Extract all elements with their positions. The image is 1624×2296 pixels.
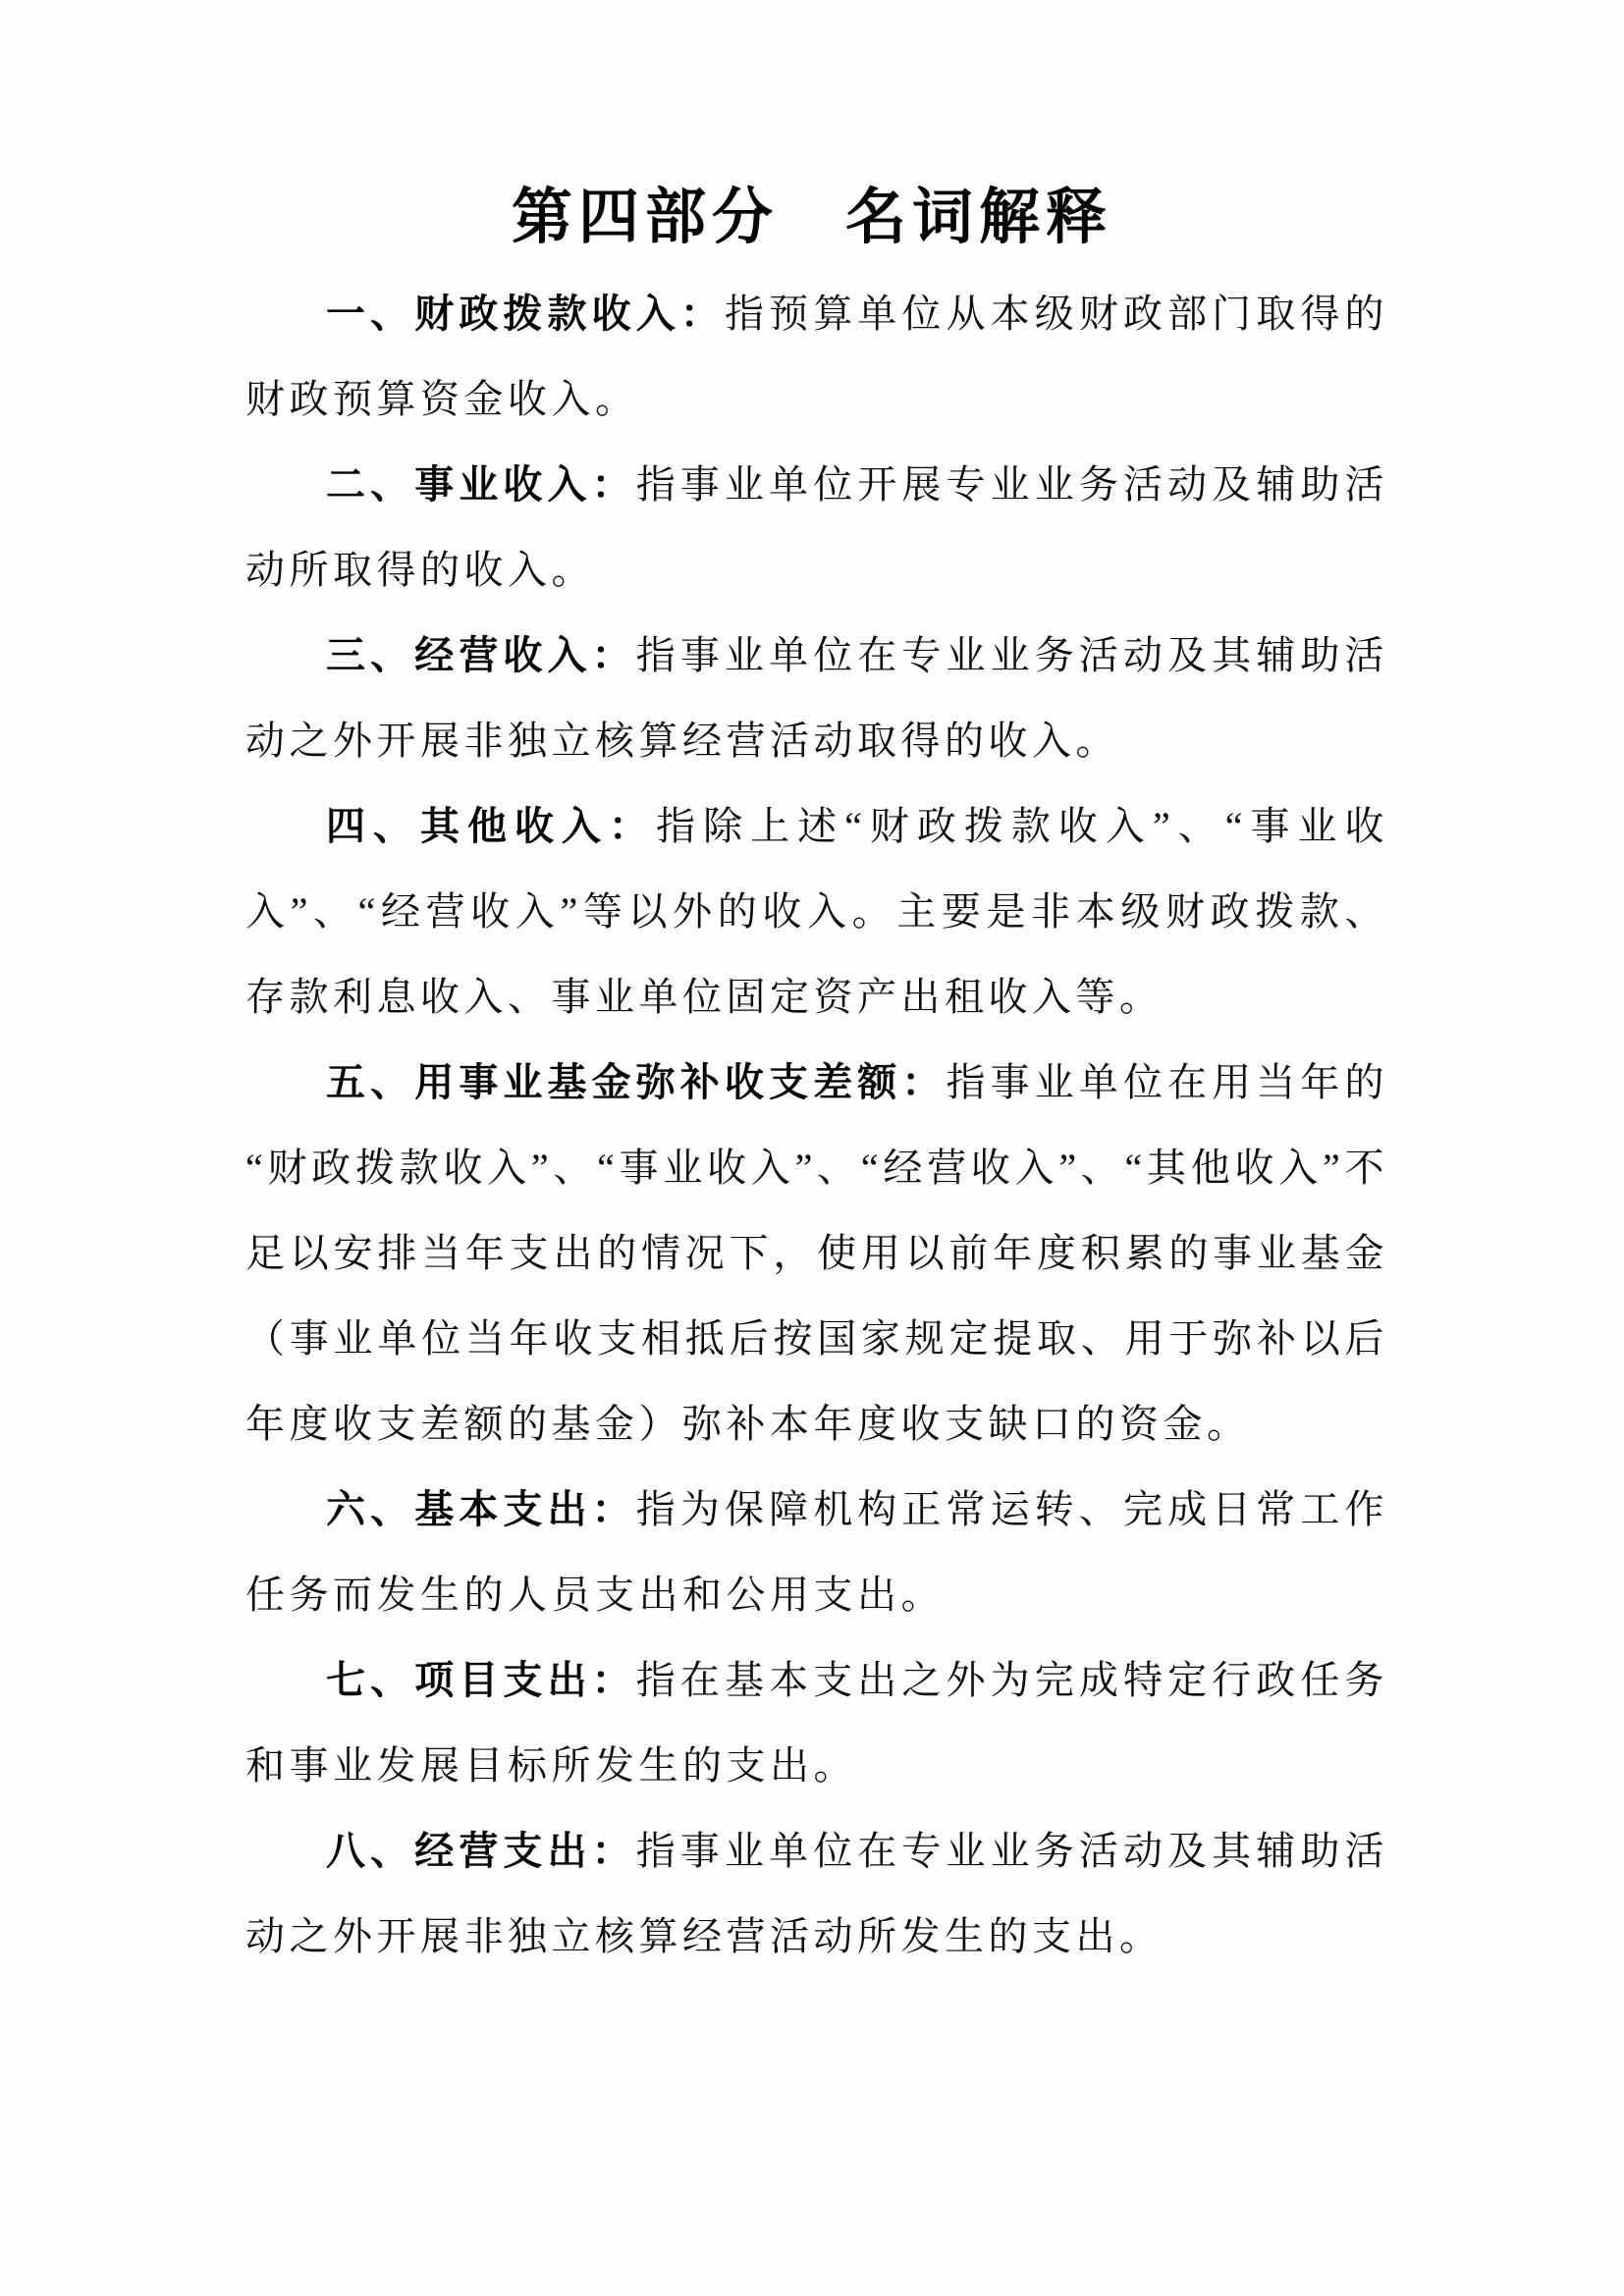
term-label: 一、财政拨款收入： [326, 292, 725, 336]
term-label: 四、其他收入： [326, 804, 656, 848]
definition-paragraph: 一、财政拨款收入：指预算单位从本级财政部门取得的财政预算资金收入。 [245, 271, 1388, 442]
definition-paragraph: 三、经营收入：指事业单位在专业业务活动及其辅助活动之外开展非独立核算经营活动取得… [245, 613, 1388, 783]
definition-paragraph: 七、项目支出：指在基本支出之外为完成特定行政任务和事业发展目标所发生的支出。 [245, 1637, 1388, 1808]
term-label: 七、项目支出： [326, 1658, 636, 1702]
definition-paragraph: 八、经营支出：指事业单位在专业业务活动及其辅助活动之外开展非独立核算经营活动所发… [245, 1808, 1388, 1979]
term-label: 二、事业收入： [326, 462, 636, 507]
definition-paragraph: 五、用事业基金弥补收支差额：指事业单位在用当年的“财政拨款收入”、“事业收入”、… [245, 1040, 1388, 1467]
term-label: 八、经营支出： [326, 1829, 636, 1873]
term-label: 六、基本支出： [326, 1487, 636, 1531]
page-title: 第四部分 名词解释 [0, 183, 1624, 252]
term-label: 五、用事业基金弥补收支差额： [326, 1060, 947, 1104]
document-page: 第四部分 名词解释 一、财政拨款收入：指预算单位从本级财政部门取得的财政预算资金… [0, 0, 1624, 2296]
definition-paragraph: 六、基本支出：指为保障机构正常运转、完成日常工作任务而发生的人员支出和公用支出。 [245, 1467, 1388, 1637]
definition-paragraph: 四、其他收入：指除上述“财政拨款收入”、“事业收入”、“经营收入”等以外的收入。… [245, 783, 1388, 1040]
definition-paragraph: 二、事业收入：指事业单位开展专业业务活动及辅助活动所取得的收入。 [245, 442, 1388, 613]
term-definition: 指事业单位在用当年的“财政拨款收入”、“事业收入”、“经营收入”、“其他收入”不… [245, 1060, 1388, 1446]
term-label: 三、经营收入： [326, 633, 636, 677]
definitions-list: 一、财政拨款收入：指预算单位从本级财政部门取得的财政预算资金收入。 二、事业收入… [245, 271, 1388, 1979]
